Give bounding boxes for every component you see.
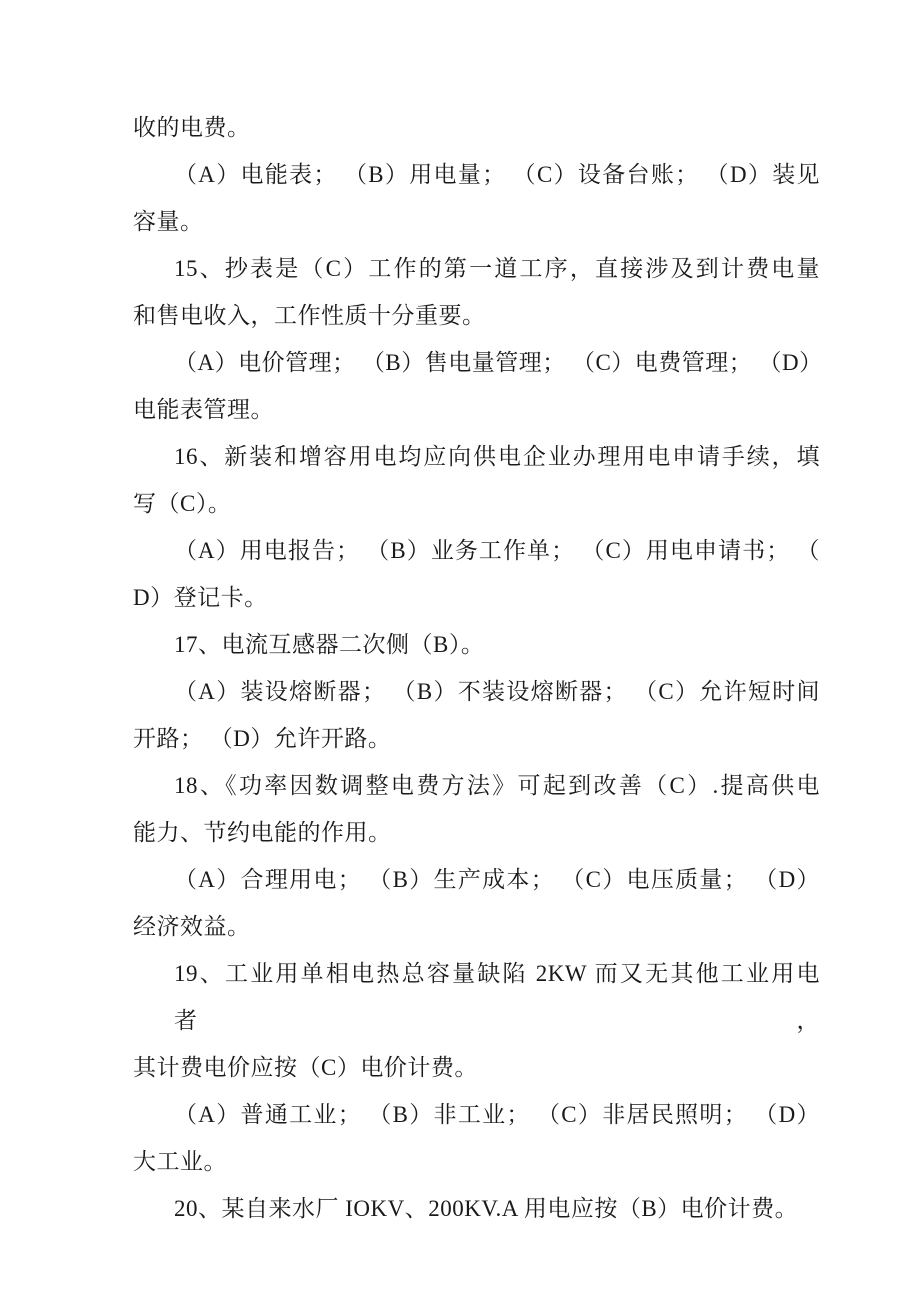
document-line: 17、电流互感器二次侧（B）。 bbox=[133, 621, 820, 668]
document-line: 18、《功率因数调整电费方法》可起到改善（C）.提高供电 bbox=[133, 762, 820, 809]
document-line: （A）用电报告； （B）业务工作单； （C）用电申请书； （ bbox=[133, 527, 820, 574]
document-line: 大工业。 bbox=[133, 1138, 820, 1185]
document-line: （A）合理用电； （B）生产成本； （C）电压质量； （D） bbox=[133, 856, 820, 903]
document-line: 19、工业用单相电热总容量缺陷 2KW 而又无其他工业用电者， bbox=[133, 950, 820, 1044]
document-line: （A）普通工业； （B）非工业； （C）非居民照明； （D） bbox=[133, 1091, 820, 1138]
document-line: 16、新装和增容用电均应向供电企业办理用电申请手续，填 bbox=[133, 433, 820, 480]
document-line: 15、抄表是（C）工作的第一道工序，直接涉及到计费电量 bbox=[133, 245, 820, 292]
document-line: 和售电收入，工作性质十分重要。 bbox=[133, 292, 820, 339]
document-line: 经济效益。 bbox=[133, 903, 820, 950]
document-line: 能力、节约电能的作用。 bbox=[133, 809, 820, 856]
document-page: 收的电费。（A）电能表； （B）用电量； （C）设备台账； （D）装见容量。15… bbox=[0, 0, 920, 1301]
document-line: 开路； （D）允许开路。 bbox=[133, 715, 820, 762]
document-line: 容量。 bbox=[133, 198, 820, 245]
document-line: （A）装设熔断器； （B）不装设熔断器； （C）允许短时间 bbox=[133, 668, 820, 715]
document-line: （A）电价管理； （B）售电量管理； （C）电费管理； （D） bbox=[133, 339, 820, 386]
document-line: （A）电能表； （B）用电量； （C）设备台账； （D）装见 bbox=[133, 151, 820, 198]
document-line: 收的电费。 bbox=[133, 104, 820, 151]
document-line: 20、某自来水厂 IOKV、200KV.A 用电应按（B）电价计费。 bbox=[133, 1185, 820, 1232]
document-line: 其计费电价应按（C）电价计费。 bbox=[133, 1044, 820, 1091]
document-line: 电能表管理。 bbox=[133, 386, 820, 433]
document-line: 写（C）。 bbox=[133, 480, 820, 527]
document-line: D）登记卡。 bbox=[133, 574, 820, 621]
